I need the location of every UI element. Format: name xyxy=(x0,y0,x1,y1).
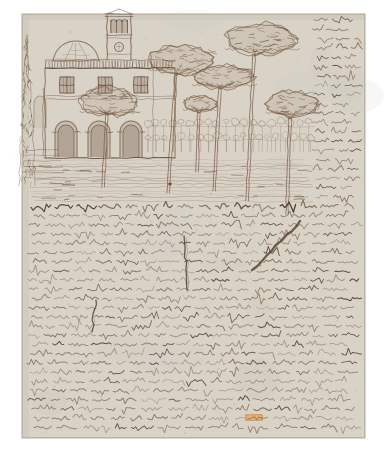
arched-doorway xyxy=(85,121,113,157)
scan-viewport xyxy=(0,0,386,462)
arched-doorway xyxy=(117,121,145,157)
grated-window xyxy=(134,77,149,93)
manuscript-scan xyxy=(0,0,386,462)
arched-doorway xyxy=(52,121,80,157)
round-window xyxy=(115,43,124,52)
grated-window xyxy=(59,77,74,93)
